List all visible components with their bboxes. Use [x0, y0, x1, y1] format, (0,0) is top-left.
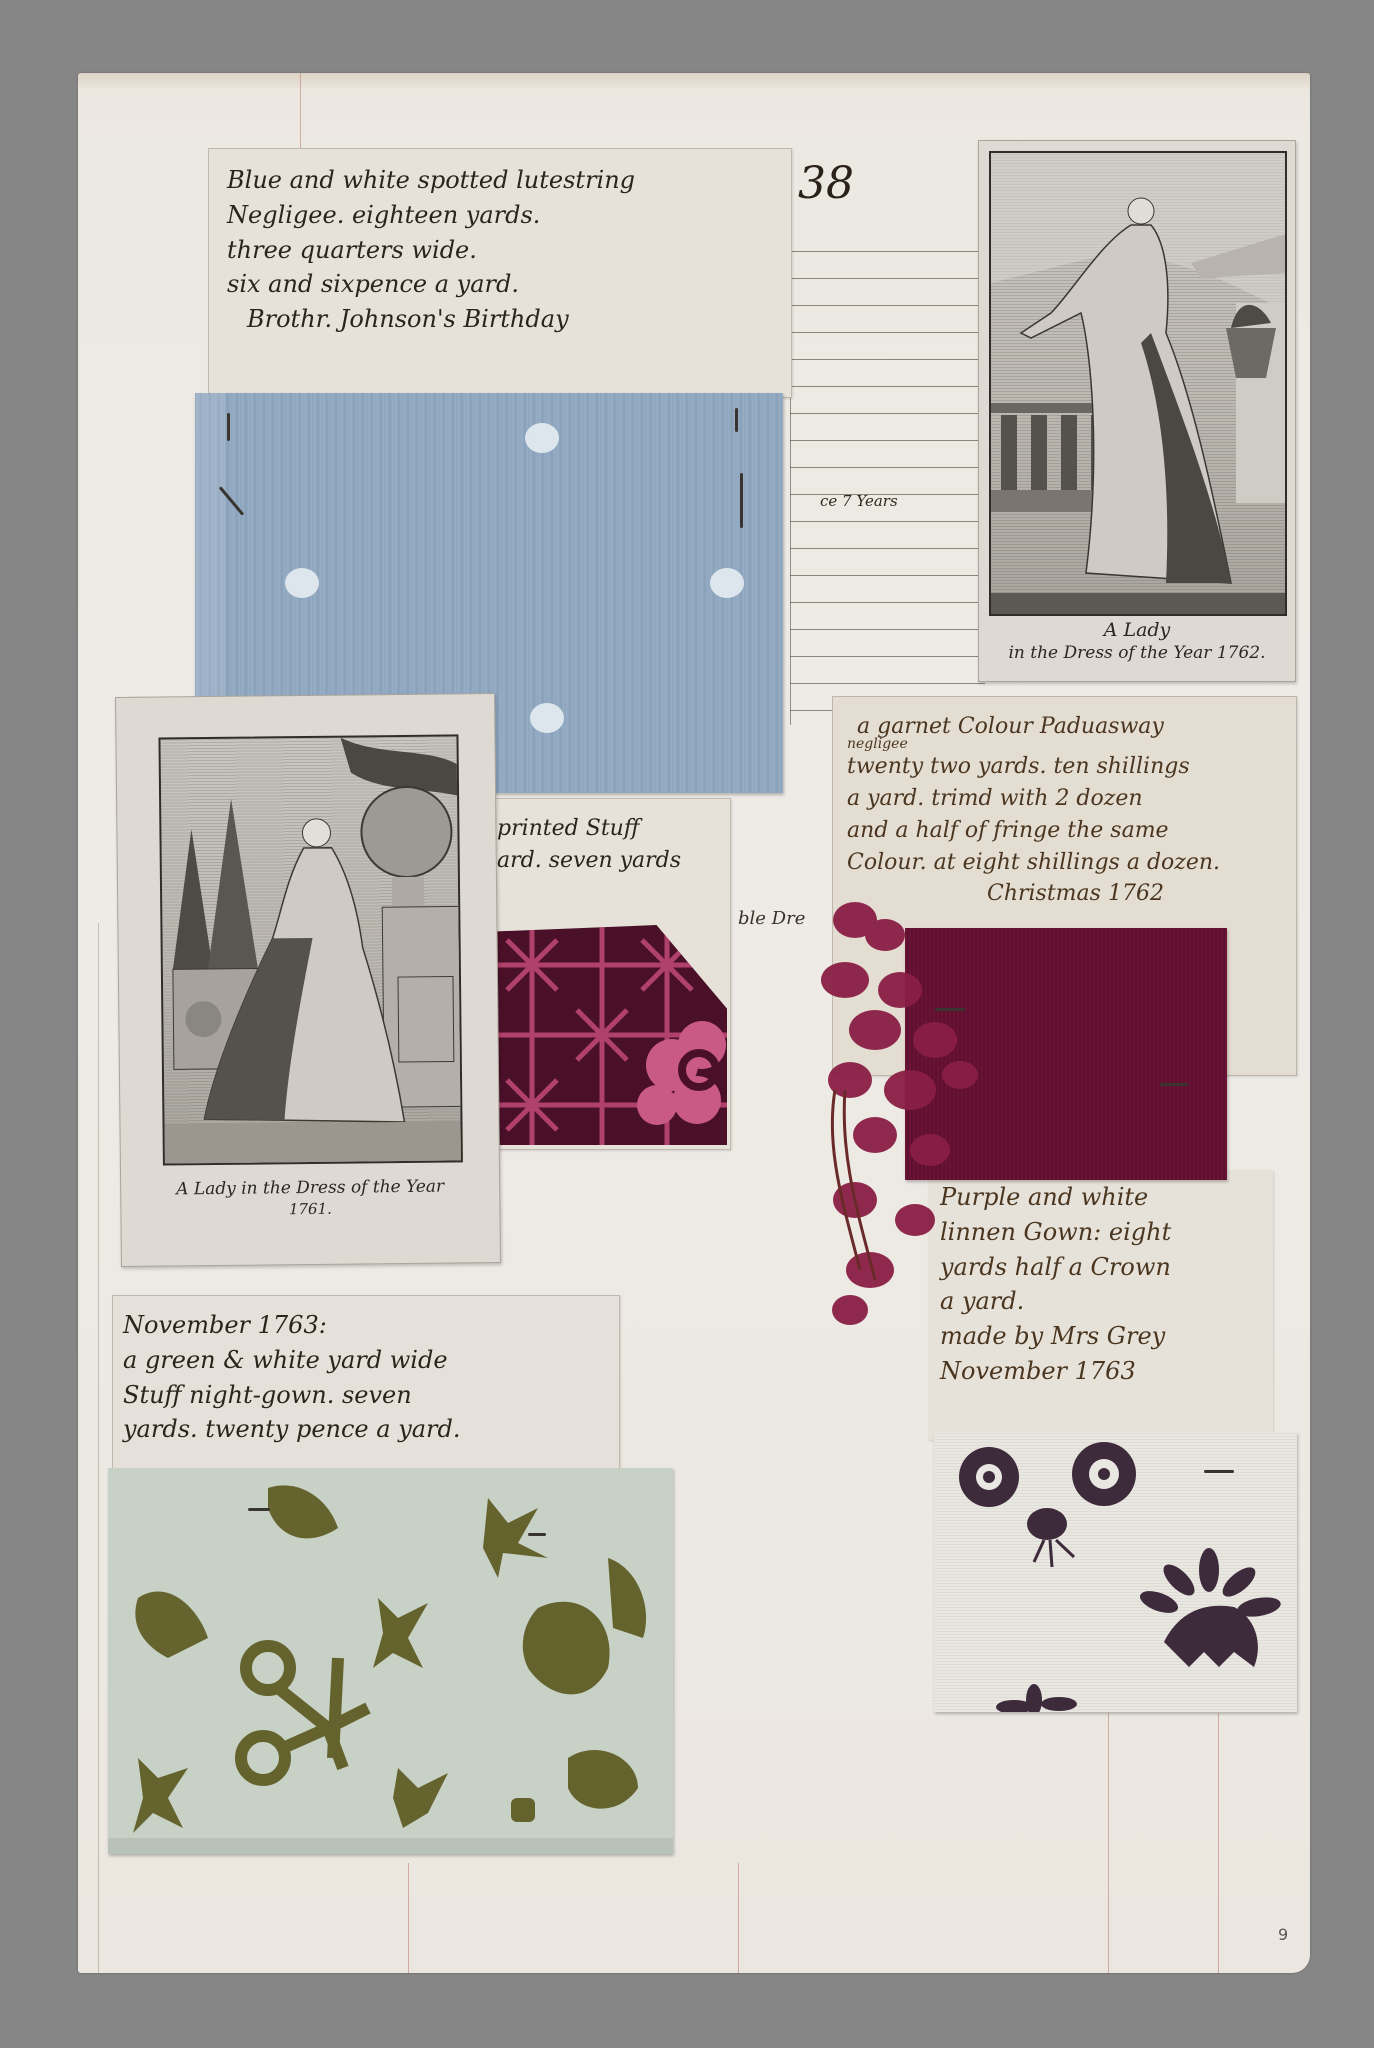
- entry-line: ard. seven yards: [497, 845, 722, 877]
- partial-note: ble Dre: [738, 908, 805, 929]
- page-number: 9: [1278, 1925, 1288, 1944]
- margin-rule: [408, 1863, 409, 1973]
- entry-line: Brothr. Johnson's Birthday: [227, 302, 773, 337]
- engraving-plate: [989, 151, 1287, 616]
- ledger-note: ce 7 Years: [820, 492, 898, 510]
- entry-line: a green & white yard wide: [123, 1343, 609, 1378]
- margin-rule: [1108, 1713, 1109, 1973]
- entry-line: twenty two yards. ten shillings: [847, 751, 1282, 783]
- entry-line: six and sixpence a yard.: [227, 267, 773, 302]
- entry-label-blue-lutestring: Blue and white spotted lutestring Neglig…: [208, 148, 792, 398]
- margin-rule: [738, 1863, 739, 1973]
- swatch-purple-white-linen: [934, 1432, 1297, 1712]
- entry-label-green-white-stuff: November 1763: a green & white yard wide…: [112, 1295, 620, 1485]
- margin-rule: [98, 923, 99, 1973]
- engraving-caption: A Lady in the Dress of the Year: [121, 1176, 499, 1200]
- floral-print-pattern: [934, 1432, 1297, 1712]
- spot: [285, 568, 319, 598]
- entry-line: three quarters wide.: [227, 233, 773, 268]
- engraving-plate: [158, 734, 462, 1165]
- pin: [248, 1508, 270, 1511]
- entry-line: Colour. at eight shillings a dozen.: [847, 847, 1282, 879]
- engraving-caption: 1761.: [121, 1198, 499, 1220]
- entry-line: Stuff night-gown. seven: [123, 1378, 609, 1413]
- entry-line: yards. twenty pence a yard.: [123, 1412, 609, 1447]
- lady-figure-illustration: [991, 153, 1287, 616]
- entry-line: Blue and white spotted lutestring: [227, 163, 773, 198]
- engraving-lady-1761: A Lady in the Dress of the Year 1761.: [115, 693, 501, 1267]
- floral-pattern: [108, 1468, 673, 1854]
- entry-line: November 1763:: [123, 1308, 609, 1343]
- margin-rule: [300, 73, 301, 153]
- engraving-lady-1762: A Lady in the Dress of the Year 1762.: [978, 140, 1296, 682]
- entry-line: a yard. trimd with 2 dozen: [847, 783, 1282, 815]
- swatch-green-white-stuff: [108, 1468, 673, 1854]
- spot: [525, 423, 559, 453]
- margin-rule: [1218, 1713, 1219, 1973]
- pin: [740, 473, 743, 528]
- pin: [1204, 1470, 1234, 1473]
- entry-line: and a half of fringe the same: [847, 815, 1282, 847]
- engraving-caption: in the Dress of the Year 1762.: [979, 643, 1295, 663]
- spot: [530, 703, 564, 733]
- fringe-trim: [815, 890, 1015, 1330]
- ruled-ledger-area: [790, 225, 985, 725]
- lady-figure-illustration: [160, 736, 462, 1165]
- entry-line: printed Stuff: [497, 813, 722, 845]
- pin: [735, 408, 738, 432]
- entry-line: Negligee. eighteen yards.: [227, 198, 773, 233]
- pin: [528, 1533, 546, 1536]
- spot: [710, 568, 744, 598]
- folio-number: 38: [798, 158, 854, 209]
- entry-line: November 1763: [940, 1354, 1261, 1389]
- pin: [1160, 1083, 1188, 1086]
- engraving-caption: A Lady: [979, 619, 1295, 642]
- pin: [227, 413, 230, 441]
